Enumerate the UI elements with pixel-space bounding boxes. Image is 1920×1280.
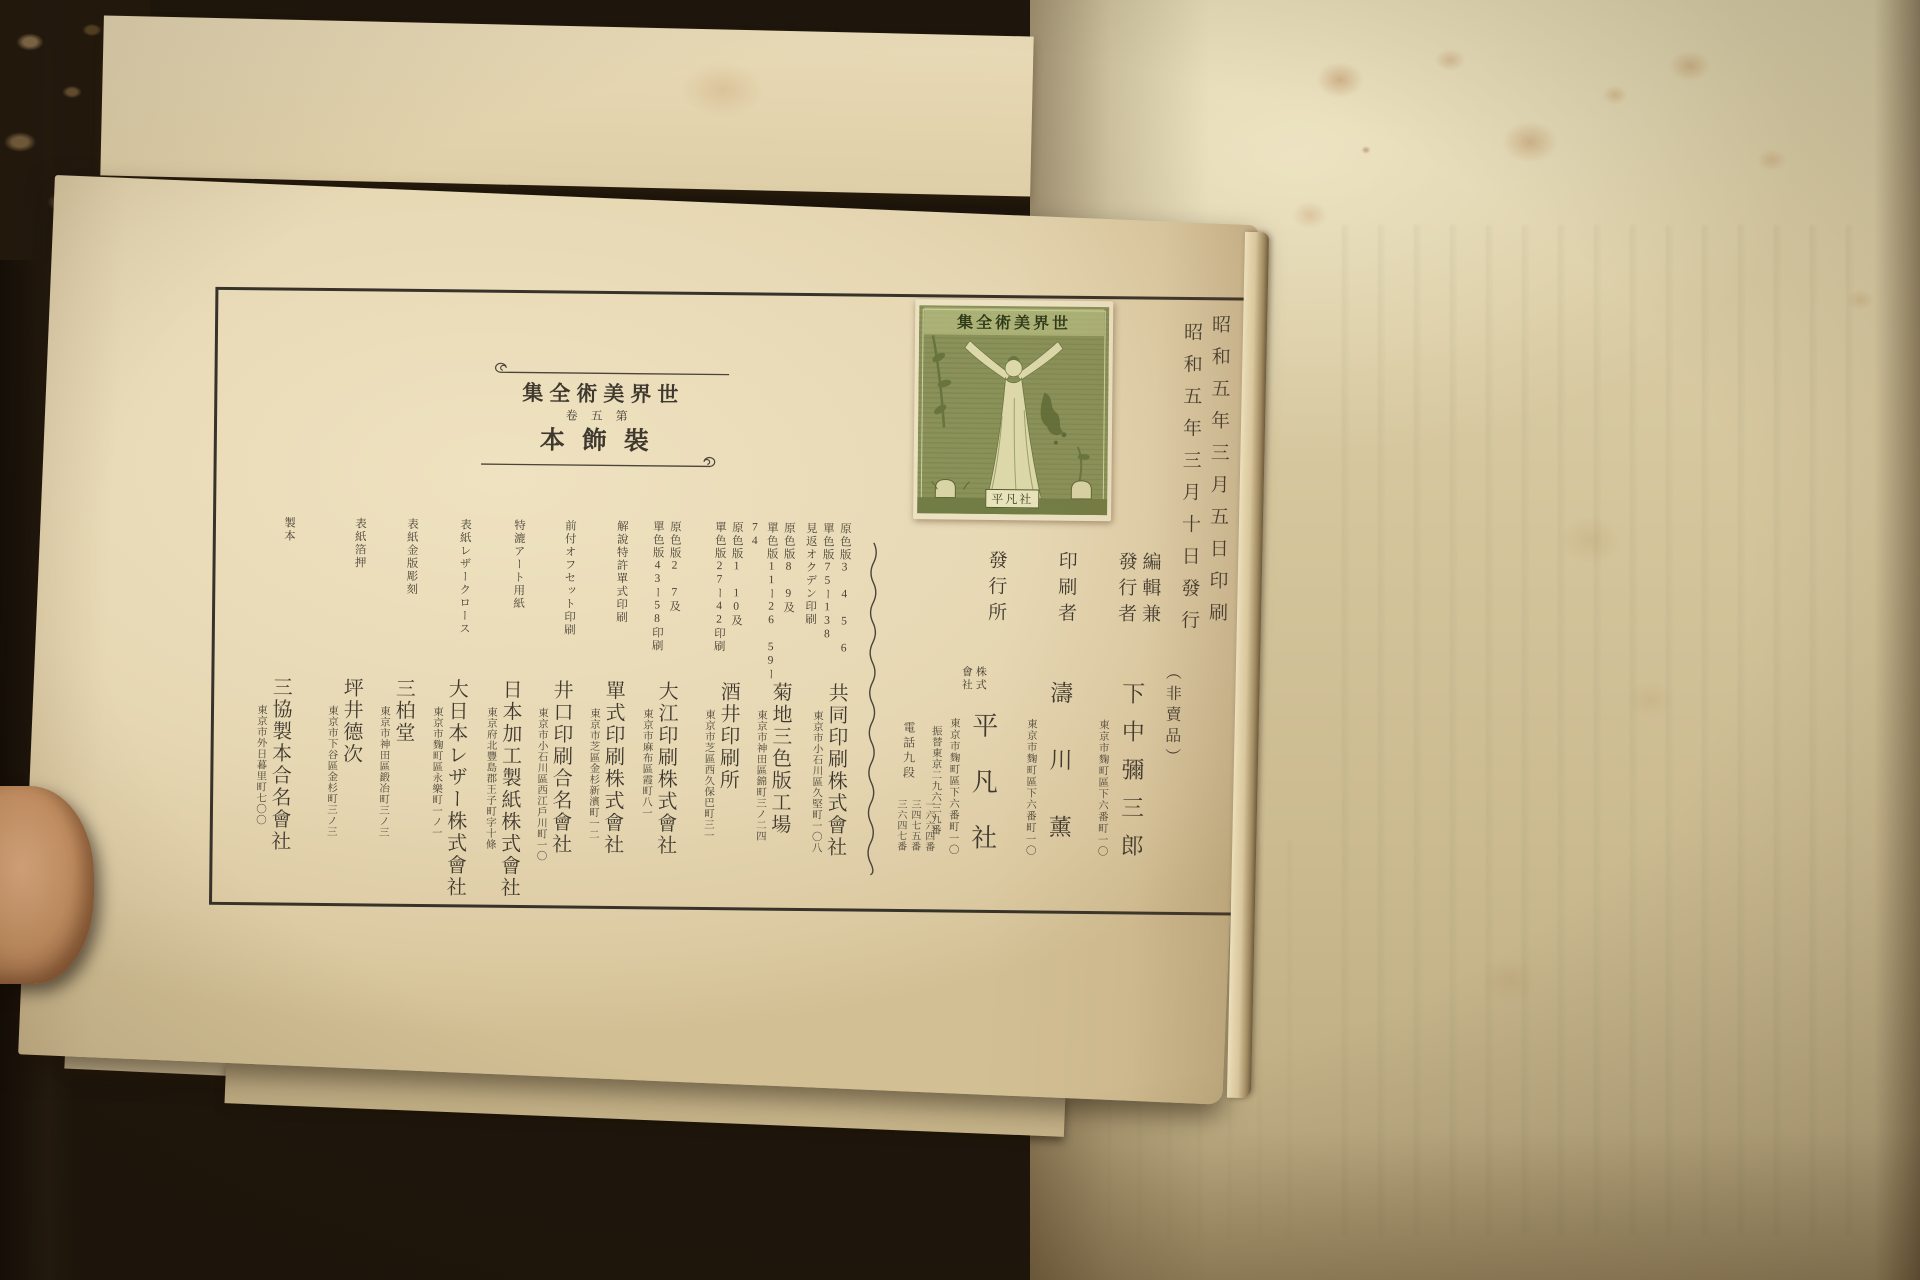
company-work-note: 原色版2 7及 單色版43ー58印刷 [647, 520, 683, 690]
phone-exchange-label: 電話九段 [900, 721, 918, 799]
phone-number: 三四七五番 [907, 799, 922, 859]
company-entry: 解說特許單式印刷 單式印刷株式會社 東京市芝區金杉新濱町一二 [574, 520, 632, 911]
editor-publisher-role: 編輯兼發行者 [1113, 551, 1162, 639]
company-entry: 特漉アート用紙 日本加工製紙株式會社 東京府北豐島郡王子町字十條 [471, 519, 529, 910]
series-title: 世界美術全集 [452, 376, 754, 409]
publishing-house-address: 東京市麴町區下六番町一〇 [945, 718, 962, 896]
company-address: 東京市芝區金杉新濱町一二 [585, 708, 602, 888]
company-entry: 表紙金版彫刻 三柏堂 東京市神田區鍛冶町三ノ三 [364, 517, 422, 908]
company-address: 東京府北豐島郡王子町字十條 [482, 707, 499, 887]
phone-numbers: 一六六四番 三四七五番 三六四七番 [889, 799, 936, 859]
printer-role: 印刷者 [1053, 551, 1078, 639]
company-work-note: 表紙レザークロース [454, 518, 473, 688]
page-shadow [1030, 1130, 1920, 1280]
under-sheet [100, 15, 1033, 196]
company-work-note: 原色版3 4 5 6 單色版75ー138 見返オクデン印刷 [800, 522, 853, 693]
stamp-publisher-label: 平凡社 [985, 489, 1039, 509]
company-entry: 表紙レザークロース 大日本レザー株式會社 東京市麴町區永樂町一ノ一 [417, 518, 475, 909]
company-entry: 原色版3 4 5 6 單色版75ー138 見返オクデン印刷 共同印刷株式會社 東… [797, 522, 855, 913]
published-date: 昭和五年三月十日發行 [1175, 322, 1206, 660]
phone-number: 一六六四番 [921, 799, 936, 859]
show-through-text [1320, 225, 1880, 1235]
inspection-stamp: 世界美術全集 平凡社 [913, 299, 1113, 521]
company-address: 東京市麴町區永樂町一ノ一 [428, 706, 445, 886]
company-work-note: 原色版1 10及 單色版27ー42印刷 [709, 521, 745, 691]
company-entry: 原色版2 7及 單色版43ー58印刷 大江印刷株式會社 東京市麻布區霞町八一 [627, 520, 685, 911]
wavy-divider [864, 543, 879, 877]
corporate-prefix: 株式會社 [959, 666, 987, 694]
editor-publisher-name: 下中彌三郎 [1113, 681, 1148, 889]
company-work-note: 表紙箔押 [349, 517, 368, 687]
company-address: 東京市芝區西久保巴町三一 [700, 709, 717, 889]
colophon-page: 世界美術全集 第五卷 裝飾本 [18, 175, 1259, 1105]
company-entry: 原色版8 9及 單色版11ー26 59ー74 菊地三色版工場 東京市神田區錦町三… [741, 521, 799, 912]
company-work-note: 表紙金版彫刻 [401, 518, 420, 688]
publishing-house-role: 發行所 [983, 550, 1008, 638]
not-for-sale-label: （非賣品） [1159, 664, 1183, 799]
stamp-series-title: 世界美術全集 [924, 307, 1104, 336]
company-address: 東京市小石川區西江戶川町一〇 [533, 707, 550, 887]
company-address: 東京市神田區錦町三ノ二四 [752, 709, 769, 889]
publishing-house-name: 平凡社 [963, 712, 1002, 894]
printer-address: 東京市麴町區下六番町一〇 [1022, 718, 1039, 896]
phone-number: 三六四七番 [893, 799, 908, 859]
company-work-note: 解說特許單式印刷 [611, 520, 630, 690]
company-entry: 前付オフセット印刷 井口印刷合名會社 東京市小石川區西江戶川町一〇 [522, 519, 580, 910]
company-address: 東京市下谷區金杉町三ノ三 [323, 705, 340, 885]
company-work-note: 前付オフセット印刷 [559, 519, 578, 689]
company-address: 東京市小石川區久堅町一〇八 [808, 710, 825, 890]
company-address: 東京市神田區鍛冶町三ノ三 [375, 706, 392, 886]
company-work-note: 原色版8 9及 單色版11ー26 59ー74 [744, 521, 797, 692]
company-entry: 原色版1 10及 單色版27ー42印刷 酒井印刷所 東京市芝區西久保巴町三一 [689, 521, 747, 912]
ornamental-rule [450, 452, 760, 473]
page-edge-shadow [1874, 0, 1920, 1280]
company-work-note: 製本 [278, 517, 297, 687]
company-entry: 表紙箔押 坪井德次 東京市下谷區金杉町三ノ三 [312, 517, 370, 908]
book-photo: 世界美術全集 第五卷 裝飾本 [0, 0, 1920, 1280]
company-work-note: 特漉アート用紙 [508, 519, 527, 689]
printer-name: 濤川薰 [1041, 681, 1076, 896]
company-address: 東京市外日暮里町七〇〇 [252, 704, 269, 884]
company-entry: 製本 三協製本合名會社 東京市外日暮里町七〇〇 [241, 516, 299, 907]
colophon-frame: 世界美術全集 第五卷 裝飾本 [209, 287, 1251, 916]
company-address: 東京市麻布區霞町八一 [638, 708, 655, 888]
printed-date: 昭和五年三月五日印刷 [1203, 314, 1234, 652]
editor-publisher-address: 東京市麴町區下六番町一〇 [1094, 719, 1111, 897]
